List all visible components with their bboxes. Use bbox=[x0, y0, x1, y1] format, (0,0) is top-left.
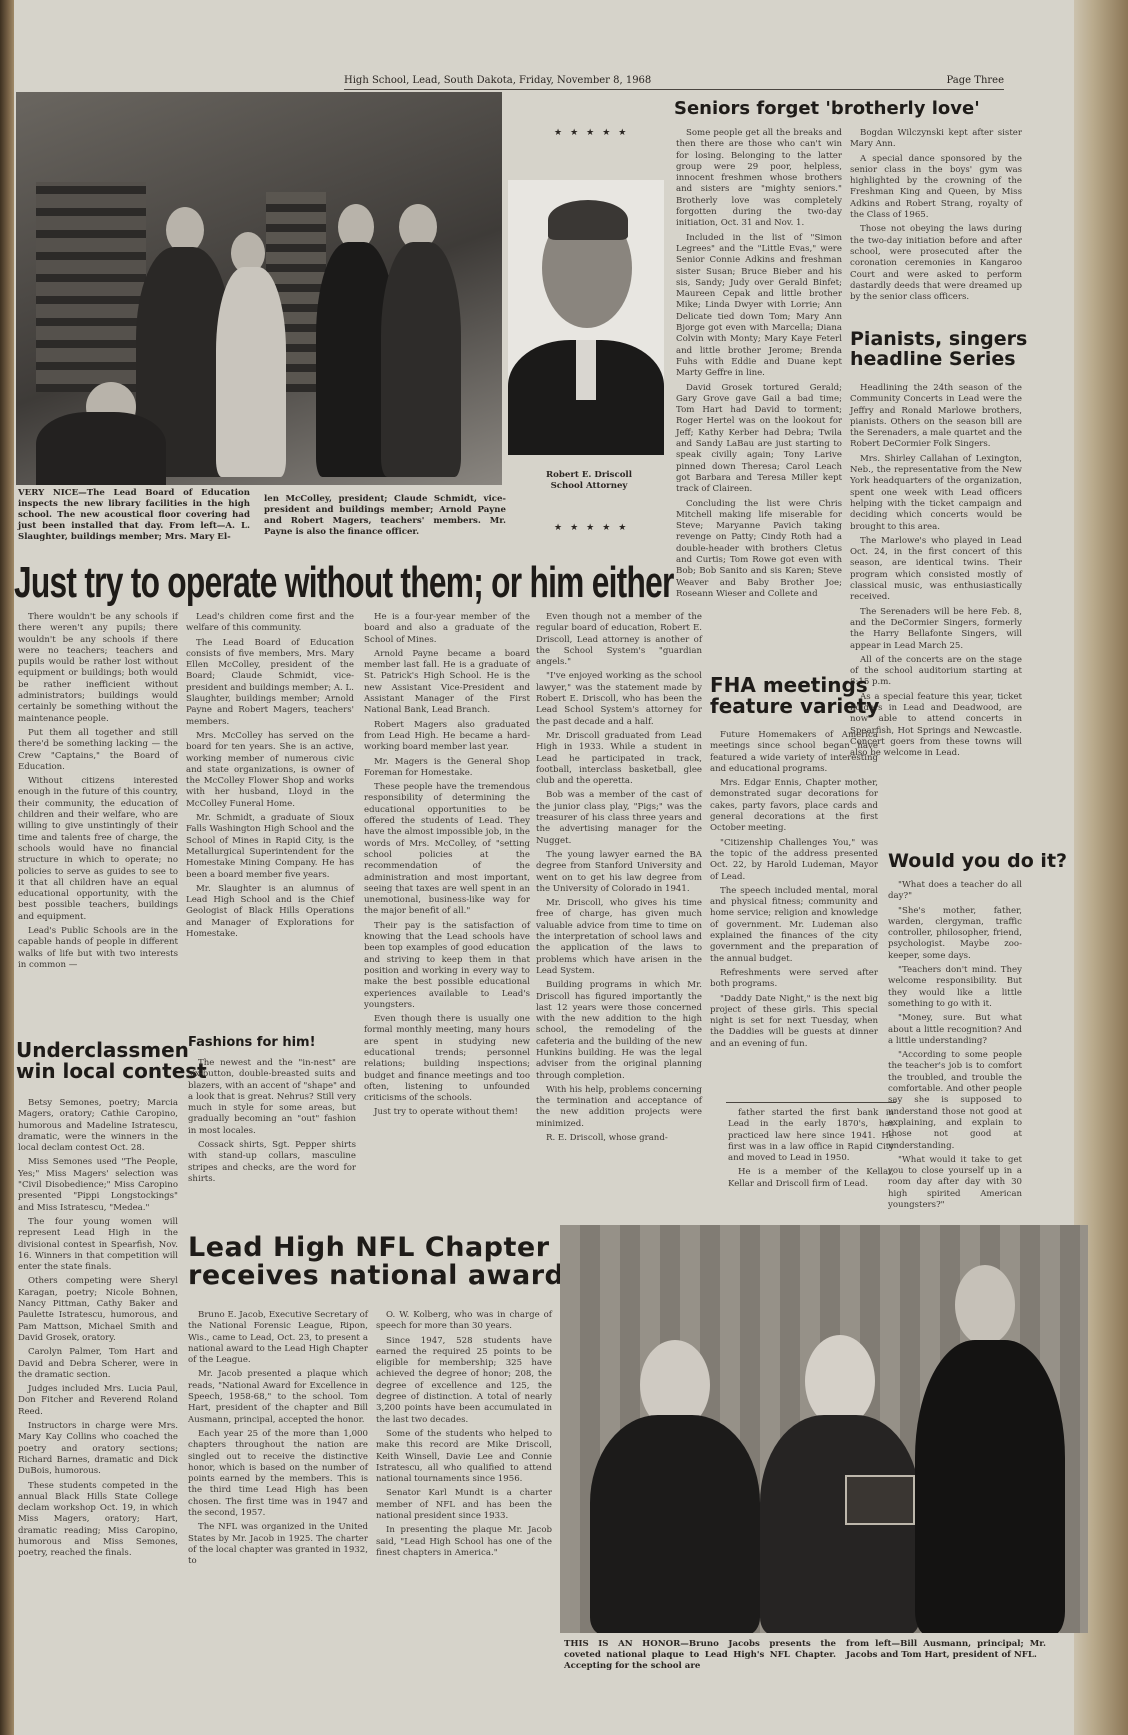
paragraph: Bogdan Wilczynski kept after sister Mary… bbox=[850, 128, 1022, 151]
fha-headline: FHA meetings feature variety bbox=[710, 675, 879, 717]
paragraph: The Lead Board of Education consists of … bbox=[186, 638, 354, 728]
seniors-column-2: Bogdan Wilczynski kept after sister Mary… bbox=[850, 128, 1022, 306]
paragraph: Mr. Magers is the General Shop Foreman f… bbox=[364, 757, 530, 780]
main-story-column-1: There wouldn't be any schools if there w… bbox=[18, 612, 178, 974]
paragraph: Some of the students who helped to make … bbox=[376, 1429, 552, 1485]
paragraph: Without citizens interested enough in th… bbox=[18, 776, 178, 923]
paragraph: "Citizenship Challenges You," was the to… bbox=[710, 838, 878, 883]
paragraph: Mr. Schmidt, a graduate of Sioux Falls W… bbox=[186, 813, 354, 881]
paragraph: The Marlowe's who played in Lead Oct. 24… bbox=[850, 536, 1022, 604]
paragraph: A special dance sponsored by the senior … bbox=[850, 154, 1022, 222]
would-you-body: "What does a teacher do all day?" "She's… bbox=[888, 880, 1022, 1214]
paragraph: Lead's Public Schools are in the capable… bbox=[18, 926, 178, 971]
paragraph: "She's mother, father, warden, clergyman… bbox=[888, 906, 1022, 962]
decorative-stars: ★★★★★ bbox=[554, 128, 634, 138]
headline-line: receives national award bbox=[188, 1262, 564, 1290]
paragraph: David Grosek tortured Gerald; Gary Grove… bbox=[676, 383, 842, 496]
paragraph: Future Homemakers of America meetings si… bbox=[710, 730, 878, 775]
paragraph: Cossack shirts, Sgt. Pepper shirts with … bbox=[188, 1140, 356, 1185]
paragraph: He is a four-year member of the board an… bbox=[364, 612, 530, 646]
paragraph: Judges included Mrs. Lucia Paul, Don Fit… bbox=[18, 1384, 178, 1418]
paragraph: Mrs. Shirley Callahan of Lexington, Neb.… bbox=[850, 454, 1022, 533]
paragraph: "Money, sure. But what about a little re… bbox=[888, 1013, 1022, 1047]
paragraph: Miss Semones used "The People, Yes;" Mis… bbox=[18, 1157, 178, 1213]
headline-line: Underclassmen bbox=[16, 1040, 207, 1061]
paragraph: The speech included mental, moral and ph… bbox=[710, 886, 878, 965]
paragraph: Their pay is the satisfaction of knowing… bbox=[364, 921, 530, 1011]
board-of-education-photo bbox=[16, 92, 502, 485]
nfl-award-photo bbox=[560, 1225, 1088, 1633]
dateline: High School, Lead, South Dakota, Friday,… bbox=[344, 75, 651, 86]
paragraph: Mr. Jacob presented a plaque which reads… bbox=[188, 1369, 368, 1425]
paragraph: father started the first bank in Lead in… bbox=[728, 1108, 894, 1164]
nfl-headline: Lead High NFL Chapter receives national … bbox=[188, 1234, 564, 1291]
newspaper-page: High School, Lead, South Dakota, Friday,… bbox=[14, 0, 1074, 1735]
paragraph: The young lawyer earned the BA degree fr… bbox=[536, 850, 702, 895]
paragraph: Just try to operate without them! bbox=[364, 1107, 530, 1118]
paragraph: Bruno E. Jacob, Executive Secretary of t… bbox=[188, 1310, 368, 1366]
paragraph: Even though there is usually one formal … bbox=[364, 1014, 530, 1104]
running-head: High School, Lead, South Dakota, Friday,… bbox=[344, 64, 1004, 90]
paragraph: Refreshments were served after both prog… bbox=[710, 968, 878, 991]
nfl-column-1: Bruno E. Jacob, Executive Secretary of t… bbox=[188, 1310, 368, 1571]
nfl-column-2: O. W. Kolberg, who was in charge of spee… bbox=[376, 1310, 552, 1562]
paragraph: "What would it take to get you to close … bbox=[888, 1155, 1022, 1211]
paragraph: Headlining the 24th season of the Commun… bbox=[850, 383, 1022, 451]
paragraph: With his help, problems concerning the t… bbox=[536, 1085, 702, 1130]
paragraph: Others competing were Sheryl Karagan, po… bbox=[18, 1276, 178, 1344]
paragraph: In presenting the plaque Mr. Jacob said,… bbox=[376, 1525, 552, 1559]
paragraph: "What does a teacher do all day?" bbox=[888, 880, 1022, 903]
seniors-column-1: Some people get all the breaks and then … bbox=[676, 128, 842, 603]
paragraph: The NFL was organized in the United Stat… bbox=[188, 1522, 368, 1567]
paragraph: These people have the tremendous respons… bbox=[364, 782, 530, 918]
paragraph: Mrs. Edgar Ennis, Chapter mother, demons… bbox=[710, 778, 878, 834]
paragraph: Included in the list of "Simon Legrees" … bbox=[676, 233, 842, 380]
paragraph: The Serenaders will be here Feb. 8, and … bbox=[850, 607, 1022, 652]
main-story-column-5: father started the first bank in Lead in… bbox=[728, 1108, 894, 1193]
paragraph: Put them all together and still there'd … bbox=[18, 728, 178, 773]
book-binding bbox=[0, 0, 14, 1735]
headline-line: feature variety bbox=[710, 696, 879, 717]
paragraph: Senator Karl Mundt is a charter member o… bbox=[376, 1488, 552, 1522]
paragraph: Some people get all the breaks and then … bbox=[676, 128, 842, 230]
headline-line: Pianists, singers bbox=[850, 330, 1027, 350]
underclassmen-headline: Underclassmen win local contest bbox=[16, 1040, 207, 1082]
portrait-caption: Robert E. Driscoll School Attorney bbox=[514, 470, 664, 492]
paragraph: Mr. Driscoll, who gives his time free of… bbox=[536, 898, 702, 977]
paragraph: These students competed in the annual Bl… bbox=[18, 1481, 178, 1560]
headline-line: headline Series bbox=[850, 350, 1027, 370]
nfl-photo-caption-left: THIS IS AN HONOR—Bruno Jacobs presents t… bbox=[564, 1639, 836, 1672]
paragraph: Mrs. McColley has served on the board fo… bbox=[186, 731, 354, 810]
driscoll-portrait-photo bbox=[508, 180, 664, 455]
paragraph: Since 1947, 528 students have earned the… bbox=[376, 1336, 552, 1426]
paragraph: Each year 25 of the more than 1,000 chap… bbox=[188, 1429, 368, 1519]
main-story-column-4: Even though not a member of the regular … bbox=[536, 612, 702, 1147]
portrait-title: School Attorney bbox=[514, 481, 664, 492]
board-photo-caption-left: VERY NICE—The Lead Board of Education in… bbox=[18, 488, 250, 543]
fashions-body: The newest and the "in-nest" are six-but… bbox=[188, 1058, 356, 1188]
paragraph: "According to some people the teacher's … bbox=[888, 1050, 1022, 1152]
paragraph: "I've enjoyed working as the school lawy… bbox=[536, 671, 702, 727]
paragraph: The four young women will represent Lead… bbox=[18, 1217, 178, 1273]
paragraph: Mr. Driscoll graduated from Lead High in… bbox=[536, 731, 702, 787]
board-photo-caption-right: len McColley, president; Claude Schmidt,… bbox=[264, 494, 506, 538]
fashions-headline: Fashions for him! bbox=[188, 1036, 316, 1050]
paragraph: Robert Magers also graduated from Lead H… bbox=[364, 720, 530, 754]
pianists-headline: Pianists, singers headline Series bbox=[850, 330, 1027, 370]
paragraph: Building programs in which Mr. Driscoll … bbox=[536, 980, 702, 1082]
decorative-stars: ★★★★★ bbox=[554, 523, 634, 533]
paragraph: Bob was a member of the cast of the juni… bbox=[536, 790, 702, 846]
paragraph: R. E. Driscoll, whose grand- bbox=[536, 1133, 702, 1144]
underclassmen-body: Betsy Semones, poetry; Marcia Magers, or… bbox=[18, 1098, 178, 1563]
paragraph: "Teachers don't mind. They welcome respo… bbox=[888, 965, 1022, 1010]
seniors-headline: Seniors forget 'brotherly love' bbox=[674, 100, 980, 119]
would-you-headline: Would you do it? bbox=[888, 852, 1067, 872]
paragraph: Instructors in charge were Mrs. Mary Kay… bbox=[18, 1421, 178, 1477]
paragraph: Carolyn Palmer, Tom Hart and David and D… bbox=[18, 1347, 178, 1381]
headline-line: FHA meetings bbox=[710, 675, 879, 696]
paragraph: Mr. Slaughter is an alumnus of Lead High… bbox=[186, 884, 354, 940]
headline-line: win local contest bbox=[16, 1061, 207, 1082]
portrait-name: Robert E. Driscoll bbox=[514, 470, 664, 481]
paragraph: The newest and the "in-nest" are six-but… bbox=[188, 1058, 356, 1137]
paragraph: Lead's children come first and the welfa… bbox=[186, 612, 354, 635]
award-plaque bbox=[845, 1475, 915, 1525]
main-headline: Just try to operate without them; or him… bbox=[14, 560, 674, 606]
paragraph: There wouldn't be any schools if there w… bbox=[18, 612, 178, 725]
paragraph: "Daddy Date Night," is the next big proj… bbox=[710, 994, 878, 1050]
main-story-column-2: Lead's children come first and the welfa… bbox=[186, 612, 354, 943]
paragraph: O. W. Kolberg, who was in charge of spee… bbox=[376, 1310, 552, 1333]
page-number: Page Three bbox=[947, 75, 1004, 86]
paragraph: Arnold Payne became a board member last … bbox=[364, 649, 530, 717]
paragraph: Even though not a member of the regular … bbox=[536, 612, 702, 668]
paragraph: Betsy Semones, poetry; Marcia Magers, or… bbox=[18, 1098, 178, 1154]
paragraph: Concluding the list were Chris Mitchell … bbox=[676, 499, 842, 601]
fha-body: Future Homemakers of America meetings si… bbox=[710, 730, 878, 1053]
nfl-photo-caption-right: from left—Bill Ausmann, principal; Mr. J… bbox=[846, 1639, 1046, 1661]
paragraph: He is a member of the Kellar, Kellar and… bbox=[728, 1167, 894, 1190]
paragraph: Those not obeying the laws during the tw… bbox=[850, 224, 1022, 303]
headline-line: Lead High NFL Chapter bbox=[188, 1234, 564, 1262]
column-rule bbox=[726, 1102, 896, 1103]
main-story-column-3: He is a four-year member of the board an… bbox=[364, 612, 530, 1122]
